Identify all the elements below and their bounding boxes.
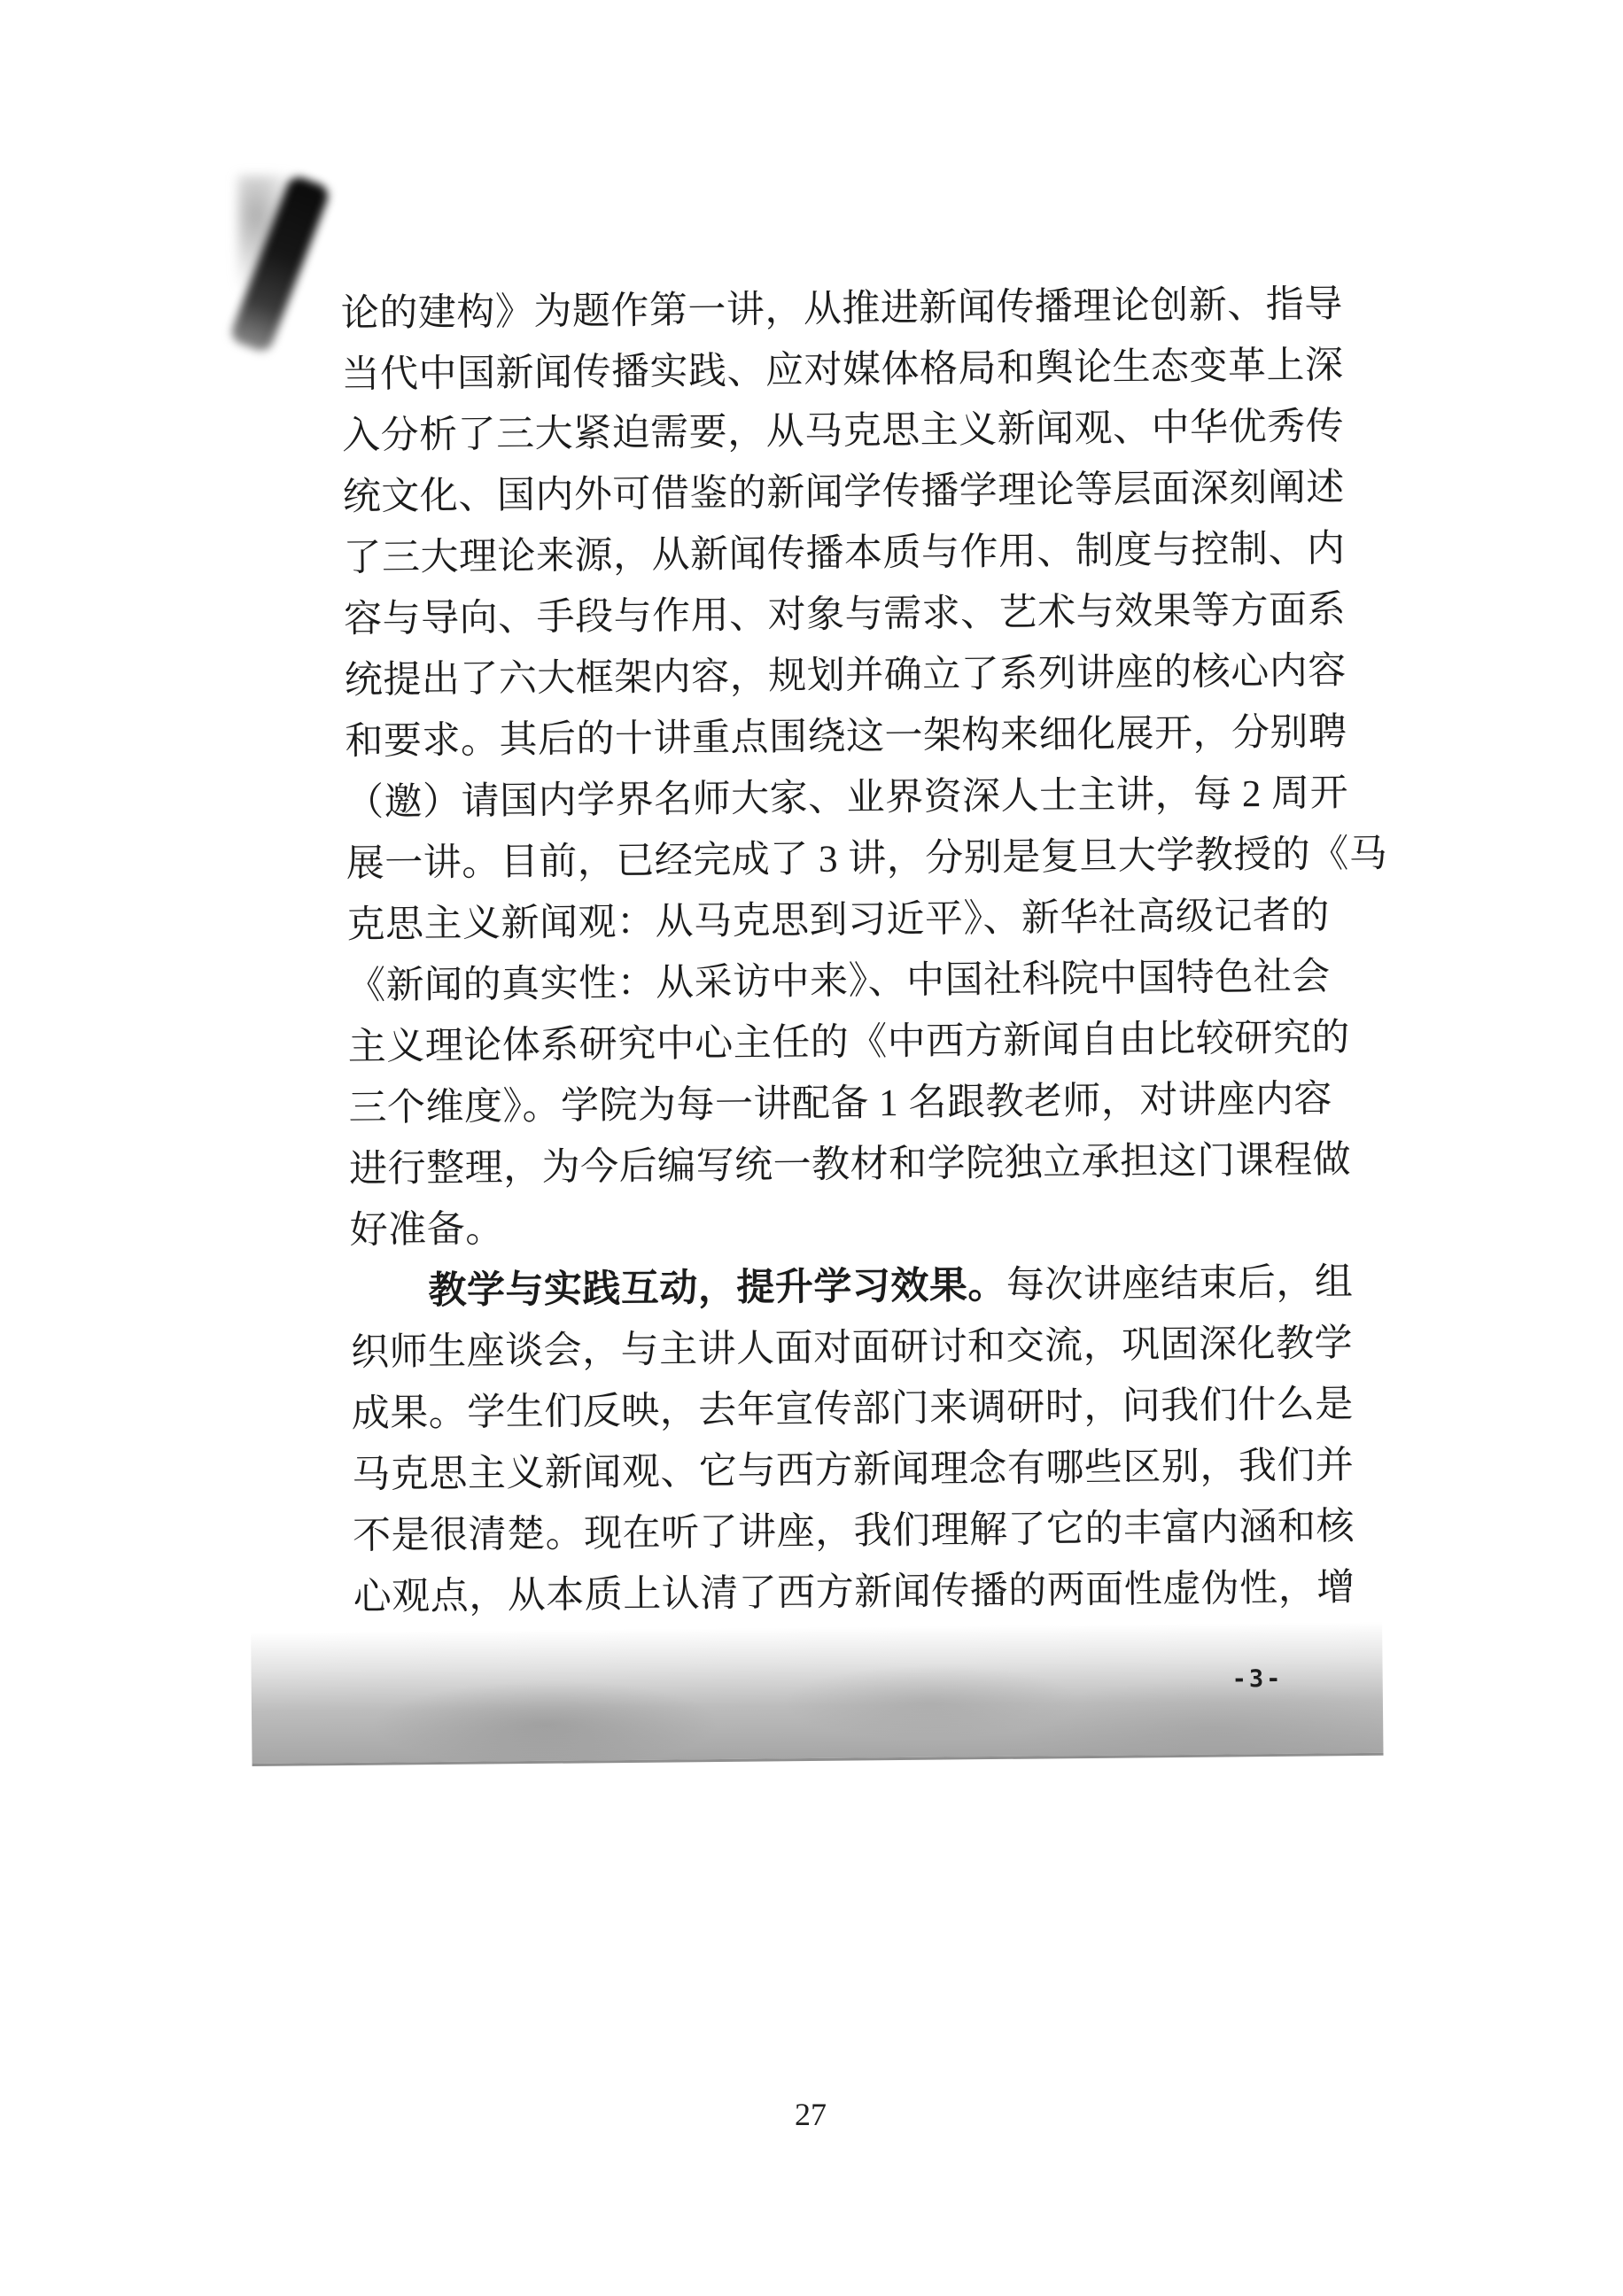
scanned-document-page: 论的建构》为题作第一讲，从推进新闻传播理论创新、指导当代中国新闻传播实践、应对媒… [0, 0, 1623, 2296]
document-page-label: -3- [1232, 1665, 1284, 1694]
text-line: 教学与实践互动，提升学习效果。每次讲座结束后，组 [350, 1252, 1343, 1323]
text-line: 入分析了三大紧迫需要，从马克思主义新闻观、中华优秀传 [342, 396, 1335, 467]
text-line: 主义理论体系研究中心主任的《中西方新闻自由比较研究的 [347, 1007, 1340, 1078]
text-line: 和要求。其后的十讲重点围绕这一架构来细化展开，分别聘 [345, 702, 1338, 772]
bold-lead-text: 教学与实践互动，提升学习效果。 [428, 1265, 1006, 1312]
text-line: 三个维度》。学院为每一讲配备 1 名跟教老师，对讲座内容 [348, 1068, 1341, 1139]
text-line: 统提出了六大框架内容，规划并确立了系列讲座的核心内容 [344, 640, 1337, 711]
text-line: 心观点，从本质上认清了西方新闻传播的两面性虚伪性，增 [353, 1557, 1346, 1628]
text-line: 论的建构》为题作第一讲，从推进新闻传播理论创新、指导 [341, 274, 1334, 345]
text-line: 当代中国新闻传播实践、应对媒体格局和舆论生态变革上深 [341, 335, 1334, 406]
text-line: 了三大理论来源，从新闻传播本质与作用、制度与控制、内 [343, 518, 1336, 589]
text-line: 统文化、国内外可借鉴的新闻学传播学理论等层面深刻阐述 [342, 457, 1335, 528]
document-body: 论的建构》为题作第一讲，从推进新闻传播理论创新、指导当代中国新闻传播实践、应对媒… [341, 274, 1347, 1628]
text-line: 成果。学生们反映，去年宣传部门来调研时，问我们什么是 [351, 1374, 1344, 1445]
text-line: 《新闻的真实性：从采访中来》、中国社科院中国特色社会 [347, 946, 1340, 1017]
text-line: 克思主义新闻观：从马克思到习近平》、新华社高级记者的 [346, 885, 1340, 956]
text-line: 不是很清楚。现在听了讲座，我们理解了它的丰富内涵和核 [353, 1496, 1346, 1567]
outer-page-number: 27 [795, 2096, 827, 2133]
text-line: 好准备。 [349, 1191, 1342, 1261]
scan-shadow-band: -3- [251, 1622, 1383, 1766]
text-line: 织师生座谈会，与主讲人面对面研讨和交流，巩固深化教学 [351, 1313, 1344, 1384]
text-line: 展一讲。目前，已经完成了 3 讲，分别是复旦大学教授的《马 [346, 824, 1339, 895]
scan-content: 论的建构》为题作第一讲，从推进新闻传播理论创新、指导当代中国新闻传播实践、应对媒… [0, 0, 1623, 2296]
text-line: 马克思主义新闻观、它与西方新闻理念有哪些区别，我们并 [352, 1435, 1345, 1506]
text-line: （邀）请国内学界名师大家、业界资深人士主讲，每 2 周开 [346, 763, 1339, 834]
text-line: 容与导向、手段与作用、对象与需求、艺术与效果等方面系 [344, 579, 1337, 650]
text-line: 进行整理，为今后编写统一教材和学院独立承担这门课程做 [349, 1129, 1342, 1200]
